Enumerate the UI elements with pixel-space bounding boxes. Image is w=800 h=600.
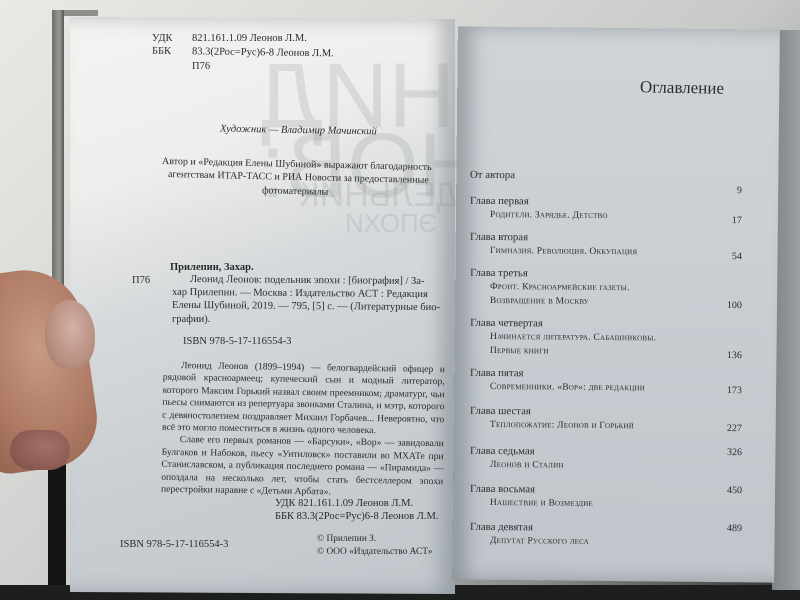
toc-title: Оглавление — [640, 77, 724, 98]
toc-entry: Глава восьмаяНашествие и Возмездие450 — [470, 483, 742, 512]
annotation-paragraph: Славе его первых романов — «Барсуки», «В… — [161, 434, 444, 500]
toc-chapter-subtitle: Нашествие и Возмездие — [470, 496, 742, 512]
toc-entry: Глава девятаяДепутат Русского леса489 — [470, 521, 742, 550]
toc-page-number: 54 — [732, 251, 742, 262]
toc-entry: Глава пятаяСовременники. «Вор»: две реда… — [470, 367, 742, 396]
catalog-code-left: П76 — [132, 274, 150, 287]
toc-entry: Глава втораяГимназия. Революция. Оккупац… — [470, 231, 742, 260]
toc-entry: Глава третьяФронт. Красноармейские газет… — [470, 267, 742, 310]
udk-line: УДК821.161.1.09 Леонов Л.М. — [152, 32, 307, 45]
toc-chapter-heading: От автора — [470, 169, 742, 184]
finger — [10, 430, 70, 470]
toc-page-number: 489 — [727, 523, 742, 534]
bleed-through-title: ЭПОХИ — [345, 210, 437, 236]
toc-page-number: 227 — [727, 423, 742, 434]
book-annotation: Леонид Леонов (1899–1994) — белогвардейс… — [161, 360, 445, 501]
toc-chapter-subtitle: Возвращение в Москву — [470, 294, 742, 310]
toc-chapter-subtitle: Теплопожатие: Леонов и Горький — [470, 418, 742, 434]
toc-page-number: 100 — [727, 300, 742, 311]
toc-entry: Глава перваяРодители. Зарядье. Детство17 — [470, 195, 742, 224]
toc-chapter-subtitle: Современники. «Вор»: две редакции — [470, 380, 742, 396]
toc-chapter-subtitle: Родители. Зарядье. Детство — [470, 208, 742, 224]
catalog-code: П76 — [152, 60, 210, 73]
toc-chapter-subtitle: Леонов и Сталин — [470, 458, 742, 474]
catalog-isbn: ISBN 978-5-17-116554-3 — [183, 335, 291, 348]
toc-chapter-subtitle: Гимназия. Революция. Оккупация — [470, 244, 742, 260]
toc-entry: Глава шестаяТеплопожатие: Леонов и Горьк… — [470, 405, 742, 434]
toc-page-number: 326 — [727, 447, 742, 458]
catalog-author: Прилепин, Захар. — [170, 261, 254, 274]
toc-chapter-subtitle: Депутат Русского леса — [470, 534, 742, 550]
toc-page-number: 9 — [737, 185, 742, 196]
toc-chapter-subtitle: Первые книги — [470, 344, 742, 360]
toc-entry: Глава седьмаяЛеонов и Сталин326 — [470, 445, 742, 474]
thumb — [45, 300, 95, 370]
copyright-line: © ООО «Издательство АСТ» — [317, 546, 432, 559]
toc-page-number: 17 — [732, 215, 742, 226]
toc-entry: Глава четвертаяНачинается литература. Са… — [470, 317, 742, 360]
acknowledgement-line: фотоматериалы — [262, 184, 329, 198]
catalog-line: графии). — [172, 313, 210, 326]
copyright-line: © Прилепин З. — [317, 533, 376, 546]
footer-isbn: ISBN 978-5-17-116554-3 — [120, 538, 228, 551]
catalog-line: Елены Шубиной, 2019. — 795, [5] с. — (Ли… — [172, 299, 440, 314]
annotation-paragraph: Леонид Леонов (1899–1994) — белогвардейс… — [162, 360, 445, 439]
toc-page-number: 450 — [727, 485, 742, 496]
bbk-line: ББК83.3(2Рос=Рус)6-8 Леонов Л.М. — [152, 45, 334, 61]
toc-page-number: 173 — [727, 385, 742, 396]
toc-page-number: 136 — [727, 350, 742, 361]
footer-udk: УДК 821.161.1.09 Леонов Л.М. — [275, 497, 413, 510]
footer-bbk: ББК 83.3(2Рос=Рус)6-8 Леонов Л.М. — [275, 510, 438, 523]
toc-entry: От автора9 — [470, 169, 742, 184]
artist-credit: Художник — Владимир Мачинский — [220, 123, 377, 139]
